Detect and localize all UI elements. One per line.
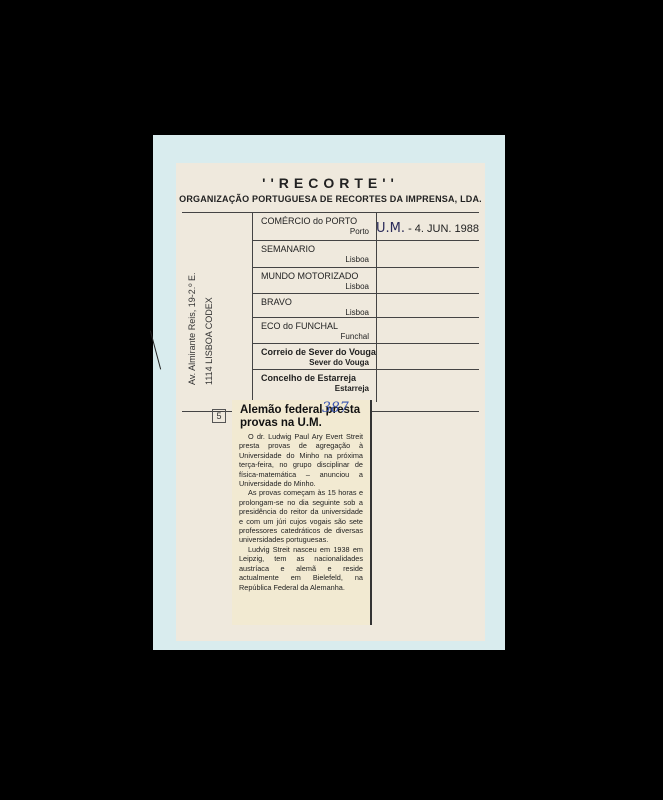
form-title: ''RECORTE'' <box>176 175 485 191</box>
clipping-body: O dr. Ludwig Paul Ary Evert Streit prest… <box>239 432 363 592</box>
clipping-paragraph: Ludvig Streit nasceu em 1938 em Leipzig,… <box>239 545 363 592</box>
clipping-paragraph: As provas começam às 15 horas e prolonga… <box>239 488 363 544</box>
handwritten-annotation: 387 <box>322 400 349 416</box>
date-stamp: U.M. - 4. JUN. 1988 <box>376 221 479 236</box>
address-block: Av. Almirante Reis, 19-2.º E. 1114 LISBO… <box>184 195 224 385</box>
publication-row: SEMANARIO Lisboa <box>253 241 377 267</box>
publication-row: Correio de Sever do Vouga Sever do Vouga <box>253 344 377 370</box>
stamp-date: - 4. JUN. 1988 <box>408 223 479 235</box>
clipping-form: ''RECORTE'' ORGANIZAÇÃO PORTUGUESA DE RE… <box>176 163 485 641</box>
publication-row: Concelho de Estarreja Estarreja <box>253 370 377 396</box>
clipping-paragraph: O dr. Ludwig Paul Ary Evert Streit prest… <box>239 432 363 488</box>
newspaper-clipping: Alemão federal presta provas na U.M. 387… <box>232 400 372 625</box>
box-number: 5 <box>212 409 226 423</box>
address-line-1: Av. Almirante Reis, 19-2.º E. <box>184 195 201 385</box>
clipping-headline: Alemão federal presta provas na U.M. <box>240 404 370 430</box>
handwritten-source: U.M. <box>376 221 405 236</box>
publication-row: COMÉRCIO do PORTO Porto <box>253 213 377 239</box>
publication-row: ECO do FUNCHAL Funchal <box>253 318 377 344</box>
address-line-2: 1114 LISBOA CODEX <box>201 195 218 385</box>
publication-row: MUNDO MOTORIZADO Lisboa <box>253 268 377 294</box>
